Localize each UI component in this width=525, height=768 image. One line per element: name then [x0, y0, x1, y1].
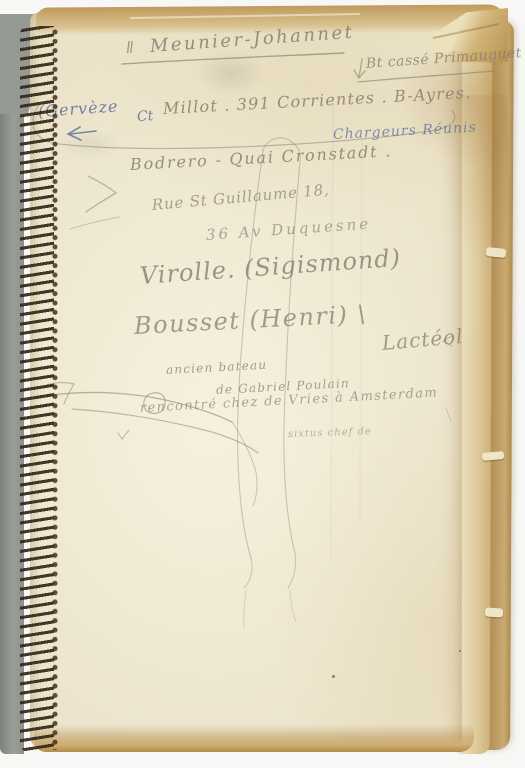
- notebook-photo: ǁ Meunier-Johannet Bt cassé Primauguet (…: [0, 0, 525, 768]
- spiral-binding-holes: [49, 28, 62, 750]
- paragraph-mark: ǁ: [125, 37, 134, 57]
- note-ct: Ct: [137, 108, 154, 125]
